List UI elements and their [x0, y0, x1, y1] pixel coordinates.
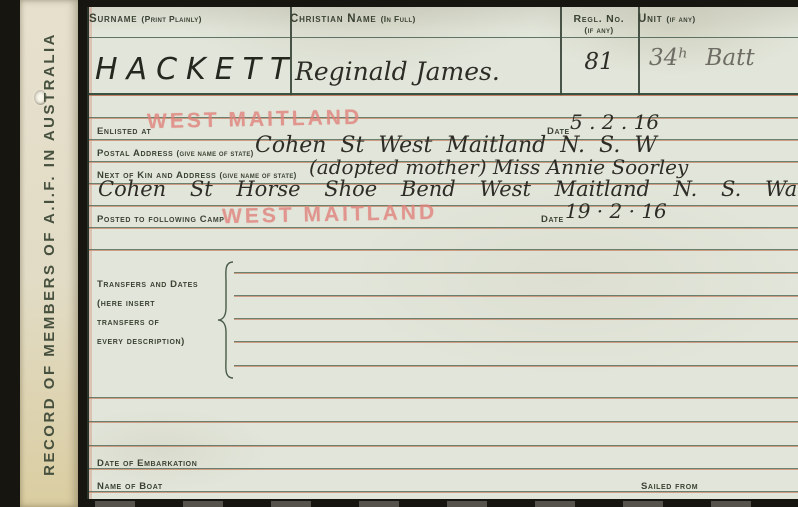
regl-no-sublabel: (if any)	[584, 25, 613, 35]
transfer-line	[234, 318, 798, 320]
header-surname: Surname (Print Plainly)	[89, 13, 290, 25]
record-card: Surname (Print Plainly) Christian Name (…	[87, 7, 798, 499]
posted-date-value: 19 · 2 · 16	[565, 199, 667, 223]
next-of-kin-value: (adopted mother) Miss Annie Soorley	[309, 155, 688, 179]
header-underline	[89, 37, 798, 38]
transfer-line	[234, 295, 798, 297]
card-spine: RECORD OF MEMBERS OF A.I.F. IN AUSTRALIA	[20, 0, 78, 507]
posted-camp-stamp: WEST MAITLAND	[222, 201, 438, 230]
transfer-line	[234, 341, 798, 343]
next-of-kin-address-line2: Cohen St Horse Shoe Bend West Maitland N…	[98, 177, 798, 201]
scanned-record-card: RECORD OF MEMBERS OF A.I.F. IN AUSTRALIA…	[0, 0, 798, 507]
unit-label: Unit	[638, 13, 662, 25]
regl-no-value: 81	[560, 49, 638, 75]
transfers-label-line: (here insert	[97, 294, 198, 313]
enlisted-at-label: Enlisted at	[97, 126, 151, 137]
surname-sublabel: (Print Plainly)	[141, 14, 201, 24]
transfers-label-line: Transfers and Dates	[97, 275, 198, 294]
transfers-label-line: transfers of	[97, 313, 198, 332]
header-unit: Unit (if any)	[638, 13, 798, 25]
header-christian-name: Christian Name (In Full)	[290, 13, 560, 25]
surname-label: Surname	[89, 13, 137, 25]
christian-name-value: Reginald James.	[295, 57, 500, 86]
card-bottom-edge	[95, 501, 798, 507]
sailed-from-label: Sailed from	[641, 481, 698, 492]
transfers-brace	[215, 260, 237, 380]
enlisted-date-value: 5 . 2 . 16	[570, 110, 659, 134]
regl-no-label: Regl. No.	[574, 13, 625, 25]
transfers-label: Transfers and Dates (here insert transfe…	[97, 275, 198, 351]
header-regl-no: Regl. No. (if any)	[560, 13, 638, 35]
postal-address-label-text: Postal Address	[97, 148, 173, 159]
enlisted-at-stamp: WEST MAITLAND	[147, 106, 363, 135]
postal-address-paren: (give name of state)	[177, 149, 254, 158]
unit-value: 34ʰ Batt	[649, 45, 755, 71]
spine-title: RECORD OF MEMBERS OF A.I.F. IN AUSTRALIA	[41, 32, 58, 476]
christian-name-label: Christian Name	[290, 13, 377, 25]
name-row-rule	[89, 93, 798, 96]
ruled-line	[89, 421, 798, 423]
unit-sublabel: (if any)	[666, 14, 695, 24]
embarkation-label: Date of Embarkation	[97, 458, 197, 469]
ruled-line	[89, 249, 798, 251]
christian-name-sublabel: (In Full)	[381, 14, 416, 24]
postal-address-label: Postal Address (give name of state)	[97, 148, 254, 159]
posted-date-label: Date	[541, 214, 564, 225]
transfer-line	[234, 365, 798, 367]
ruled-line	[89, 397, 798, 399]
ruled-line	[89, 445, 798, 447]
transfer-line	[234, 272, 798, 274]
posted-camp-label: Posted to following Camp	[97, 214, 225, 225]
surname-value: HACKETT	[95, 52, 297, 87]
ruled-line	[89, 227, 798, 229]
transfers-label-line: every description)	[97, 332, 198, 351]
boat-label: Name of Boat	[97, 481, 163, 492]
ruled-line	[89, 205, 798, 207]
